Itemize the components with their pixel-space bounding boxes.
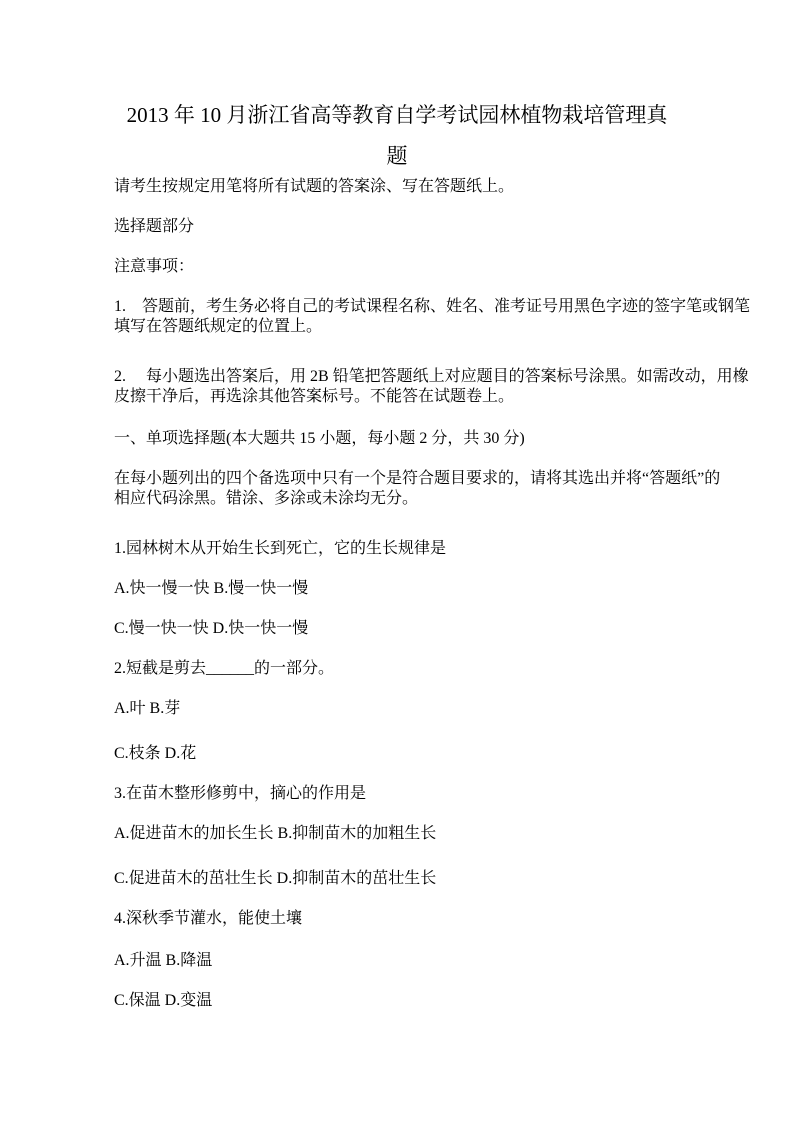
page-title: 2013 年 10 月浙江省高等教育自学考试园林植物栽培管理真 题 — [114, 95, 680, 177]
exam-document-page: 2013 年 10 月浙江省高等教育自学考试园林植物栽培管理真 题 请考生按规定… — [0, 0, 794, 1123]
question-3-options-cd: C.促进苗木的茁壮生长 D.抑制苗木的茁壮生长 — [114, 869, 680, 889]
question-2-stem: 2.短截是剪去______的一部分。 — [114, 659, 680, 679]
part-one-note-line-2: 相应代码涂黑。错涂、多涂或未涂均无分。 — [114, 489, 680, 509]
attention-label: 注意事项： — [114, 257, 680, 277]
part-one-note-line-1: 在每小题列出的四个备选项中只有一个是符合题目要求的，请将其选出并将“答题纸”的 — [114, 469, 680, 489]
part-one-note: 在每小题列出的四个备选项中只有一个是符合题目要求的，请将其选出并将“答题纸”的 … — [114, 469, 680, 509]
question-3-stem: 3.在苗木整形修剪中，摘心的作用是 — [114, 784, 680, 804]
page-title-line-1: 2013 年 10 月浙江省高等教育自学考试园林植物栽培管理真 — [114, 95, 680, 136]
instruction-2-line-2: 皮擦干净后，再选涂其他答案标号。不能答在试题卷上。 — [114, 387, 680, 407]
question-1-options-ab: A.快一慢一快 B.慢一快一慢 — [114, 579, 680, 599]
instruction-1: 1. 答题前，考生务必将自己的考试课程名称、姓名、准考证号用黑色字迹的签字笔或钢… — [114, 297, 680, 337]
question-1-stem: 1.园林树木从开始生长到死亡，它的生长规律是 — [114, 539, 680, 559]
instruction-2: 2. 每小题选出答案后，用 2B 铅笔把答题纸上对应题目的答案标号涂黑。如需改动… — [114, 367, 680, 407]
page-title-line-2: 题 — [114, 136, 680, 177]
question-4-options-ab: A.升温 B.降温 — [114, 951, 680, 971]
question-2-options-cd: C.枝条 D.花 — [114, 744, 680, 764]
question-2-options-ab: A.叶 B.芽 — [114, 699, 680, 719]
instruction-1-line-2: 填写在答题纸规定的位置上。 — [114, 317, 680, 337]
answer-sheet-notice: 请考生按规定用笔将所有试题的答案涂、写在答题纸上。 — [114, 177, 680, 197]
part-one-heading: 一、单项选择题(本大题共 15 小题，每小题 2 分，共 30 分) — [114, 429, 680, 449]
question-1-options-cd: C.慢一快一快 D.快一快一慢 — [114, 619, 680, 639]
question-3-options-ab: A.促进苗木的加长生长 B.抑制苗木的加粗生长 — [114, 824, 680, 844]
instruction-2-line-1: 2. 每小题选出答案后，用 2B 铅笔把答题纸上对应题目的答案标号涂黑。如需改动… — [114, 367, 680, 387]
question-4-stem: 4.深秋季节灌水，能使土壤 — [114, 909, 680, 929]
instruction-1-line-1: 1. 答题前，考生务必将自己的考试课程名称、姓名、准考证号用黑色字迹的签字笔或钢… — [114, 297, 680, 317]
section-label: 选择题部分 — [114, 217, 680, 237]
question-4-options-cd: C.保温 D.变温 — [114, 991, 680, 1011]
